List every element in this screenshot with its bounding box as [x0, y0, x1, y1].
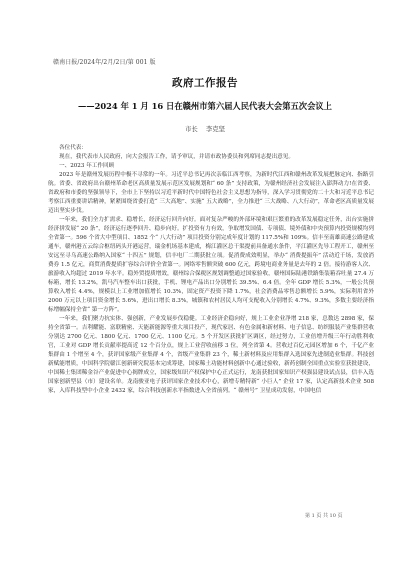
- body-paragraph: 2023 年是赣州发展历程中极不寻常的一年。习近平总书记再次亲临江西考察，为新时…: [48, 171, 374, 216]
- page-title: 政府工作报告: [0, 75, 410, 90]
- page-number: 第 1 页 共 10 页: [305, 512, 343, 519]
- report-body: 各位代表： 现在，我代表市人民政府，向大会报告工作，请予审议，并请市政协委员和列…: [48, 144, 374, 396]
- publication-meta: 赣南日报/2024年/2月/2日/第 001 版: [53, 57, 156, 66]
- section-heading: 一、2023 年工作回顾: [48, 162, 374, 171]
- author-line: 市长 李克坚: [0, 124, 410, 133]
- body-paragraph: 一年来，我们全力扩需求、稳增长，经济运行回升向好。面对复杂严峻的外部环境和艰巨繁…: [48, 216, 374, 315]
- body-paragraph: 一年来，我们聚力抗实体、强创新，产业发展步伐稳健。工业经济企稳向好，规上工业企业…: [48, 315, 374, 396]
- opening-paragraph: 现在，我代表市人民政府，向大会报告工作，请予审议，并请市政协委员和列席同志提出意…: [48, 153, 374, 162]
- document-page: 赣南日报/2024年/2月/2日/第 001 版 政府工作报告 ——2024 年…: [0, 0, 410, 580]
- salutation: 各位代表：: [48, 144, 374, 153]
- page-subtitle: ——2024 年 1 月 16 日在赣州市第六届人民代表大会第五次会议上: [0, 100, 410, 112]
